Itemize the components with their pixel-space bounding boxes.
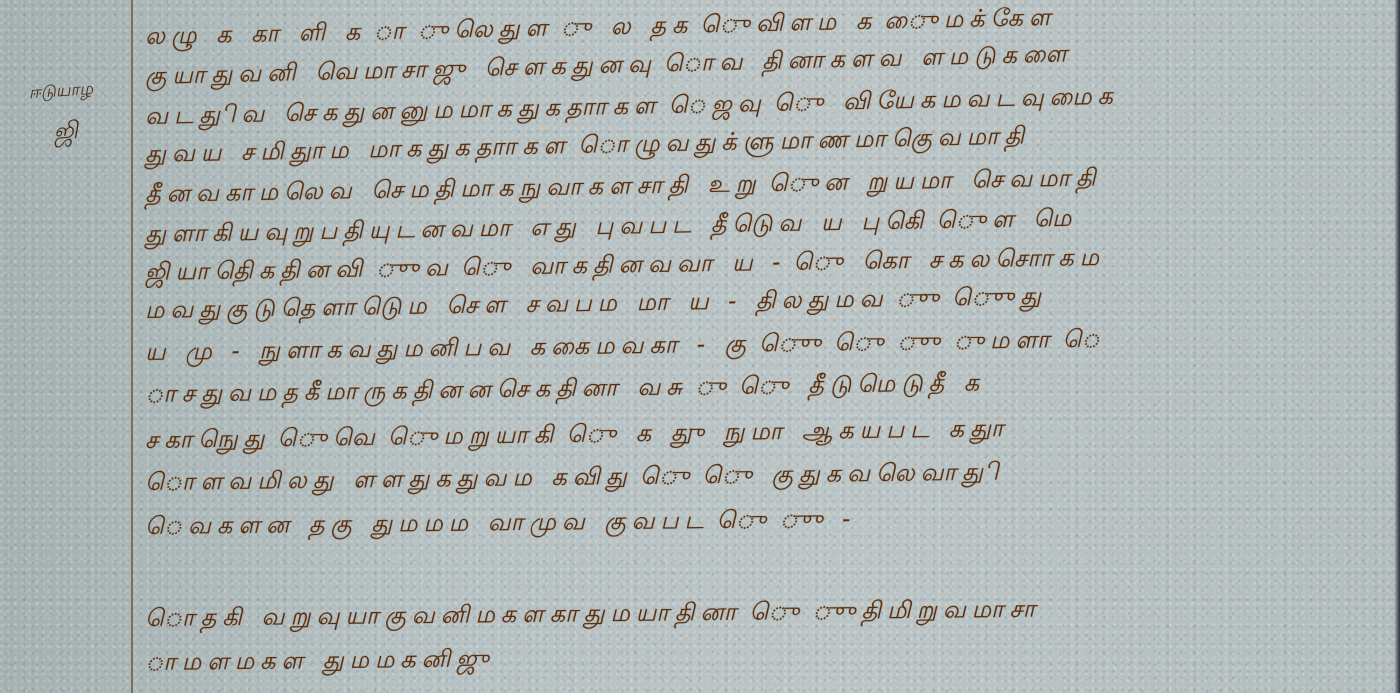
margin-note-line: ஜி [30, 107, 128, 154]
page-edge-shadow [1394, 0, 1400, 693]
left-margin: ஈடுயாழ ஜி [0, 0, 131, 693]
handwritten-line: ாமளமகள துமமகனிஜு [145, 643, 615, 679]
handwritten-line: சகாநெுது ுெவெ ுெமறுயாகி ுெ க துு நுமா ஆக… [145, 409, 1385, 457]
margin-note-line: ஈடுயாழ [27, 67, 125, 114]
margin-rule [131, 0, 133, 693]
margin-note: ஈடுயாழ ஜி [27, 67, 127, 153]
handwritten-line: ய மு - நுளாகவதுமனிபவ ககைமவகா - கு ுெு ுெ… [145, 321, 1385, 369]
handwritten-line: ெவகளன தகு துமமம வாமுவ குவபட ுெ ுு - [145, 501, 1225, 543]
handwritten-line: ொளவமிலது ளளதுகதுவம கவிது ுெ ுெ குதுகவலெவ… [145, 453, 1385, 499]
manuscript-page: ஈடுயாழ ஜி லழு க கா ளி க ா ுலெதுள ு ல தக … [0, 0, 1400, 693]
handwritten-line: ாசதுவமதகீமாருகதினனசெகதினா வசு ு ுெ தீடும… [145, 363, 1385, 411]
handwritten-line: ொதகி வறுவுயாகுவனிமகளகாதுமயாதினா ுெ ுுதிம… [145, 591, 1365, 635]
